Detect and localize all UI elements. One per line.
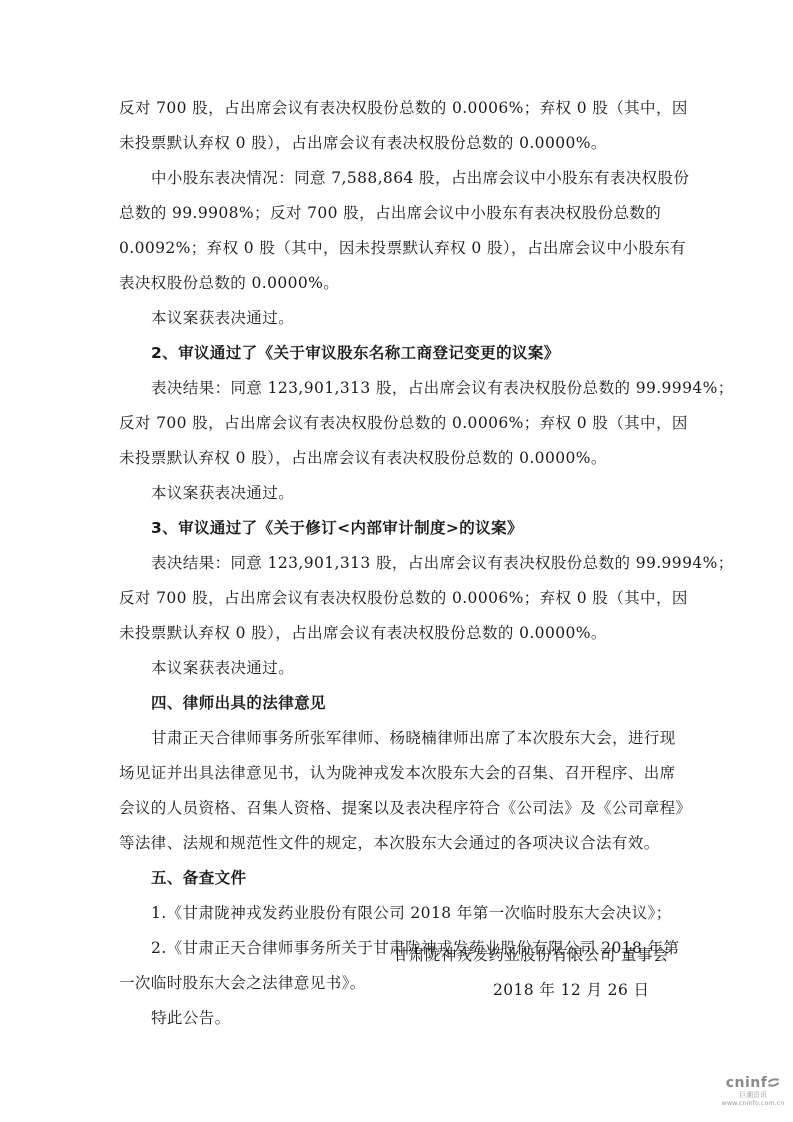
text-line: 会议的人员资格、召集人资格、提案以及表决程序符合《公司法》及《公司章程》 bbox=[119, 798, 679, 818]
watermark-brand-text: cninf bbox=[726, 1075, 768, 1091]
text-line: 反对 700 股，占出席会议有表决权股份总数的 0.0006%；弃权 0 股（其… bbox=[119, 413, 679, 433]
text-line: 本议案获表决通过。 bbox=[151, 483, 711, 503]
text-line: 本议案获表决通过。 bbox=[151, 658, 711, 678]
document-page: 反对 700 股，占出席会议有表决权股份总数的 0.0006%；弃权 0 股（其… bbox=[0, 0, 793, 1122]
text-line: 表决结果：同意 123,901,313 股，占出席会议有表决权股份总数的 99.… bbox=[151, 378, 711, 398]
section-heading: 五、备查文件 bbox=[151, 868, 711, 888]
text-line: 表决权股份总数的 0.0000%。 bbox=[119, 273, 679, 293]
watermark-brand: cninf bbox=[718, 1075, 788, 1091]
text-line: 场见证并出具法律意见书，认为陇神戎发本次股东大会的召集、召开程序、出席 bbox=[119, 763, 679, 783]
text-line: 表决结果：同意 123,901,313 股，占出席会议有表决权股份总数的 99.… bbox=[151, 553, 711, 573]
text-line: 本议案获表决通过。 bbox=[151, 308, 711, 328]
text-line: 反对 700 股，占出席会议有表决权股份总数的 0.0006%；弃权 0 股（其… bbox=[119, 588, 679, 608]
text-line: 特此公告。 bbox=[151, 1008, 711, 1028]
text-line: 0.0092%；弃权 0 股（其中，因未投票默认弃权 0 股），占出席会议中小股… bbox=[119, 238, 679, 258]
cninfo-watermark: cninf 巨潮资讯 www.cninfo.com.cn bbox=[718, 1075, 788, 1107]
section-heading: 四、律师出具的法律意见 bbox=[151, 693, 711, 713]
text-line: 未投票默认弃权 0 股），占出席会议有表决权股份总数的 0.0000%。 bbox=[119, 623, 679, 643]
text-line: 1.《甘肃陇神戎发药业股份有限公司 2018 年第一次临时股东大会决议》； bbox=[151, 903, 711, 923]
signature-date: 2018 年 12 月 26 日 bbox=[493, 980, 649, 1000]
text-line: 中小股东表决情况：同意 7,588,864 股，占出席会议中小股东有表决权股份 bbox=[151, 168, 711, 188]
section-heading: 3、审议通过了《关于修订<内部审计制度>的议案》 bbox=[151, 518, 711, 538]
text-line: 未投票默认弃权 0 股），占出席会议有表决权股份总数的 0.0000%。 bbox=[119, 133, 679, 153]
watermark-url: www.cninfo.com.cn bbox=[718, 1099, 788, 1107]
section-heading: 2、审议通过了《关于审议股东名称工商登记变更的议案》 bbox=[151, 343, 711, 363]
text-line: 反对 700 股，占出席会议有表决权股份总数的 0.0006%；弃权 0 股（其… bbox=[119, 98, 679, 118]
text-line: 甘肃正天合律师事务所张军律师、杨晓楠律师出席了本次股东大会，进行现 bbox=[151, 728, 711, 748]
text-line: 等法律、法规和规范性文件的规定，本次股东大会通过的各项决议合法有效。 bbox=[119, 833, 679, 853]
text-line: 总数的 99.9908%；反对 700 股，占出席会议中小股东有表决权股份总数的 bbox=[119, 203, 679, 223]
cninfo-logo-icon bbox=[767, 1077, 780, 1088]
watermark-brand-cn: 巨潮资讯 bbox=[718, 1091, 788, 1099]
text-line: 未投票默认弃权 0 股），占出席会议有表决权股份总数的 0.0000%。 bbox=[119, 448, 679, 468]
signature-company: 甘肃陇神戎发药业股份有限公司 董事会 bbox=[393, 945, 669, 965]
